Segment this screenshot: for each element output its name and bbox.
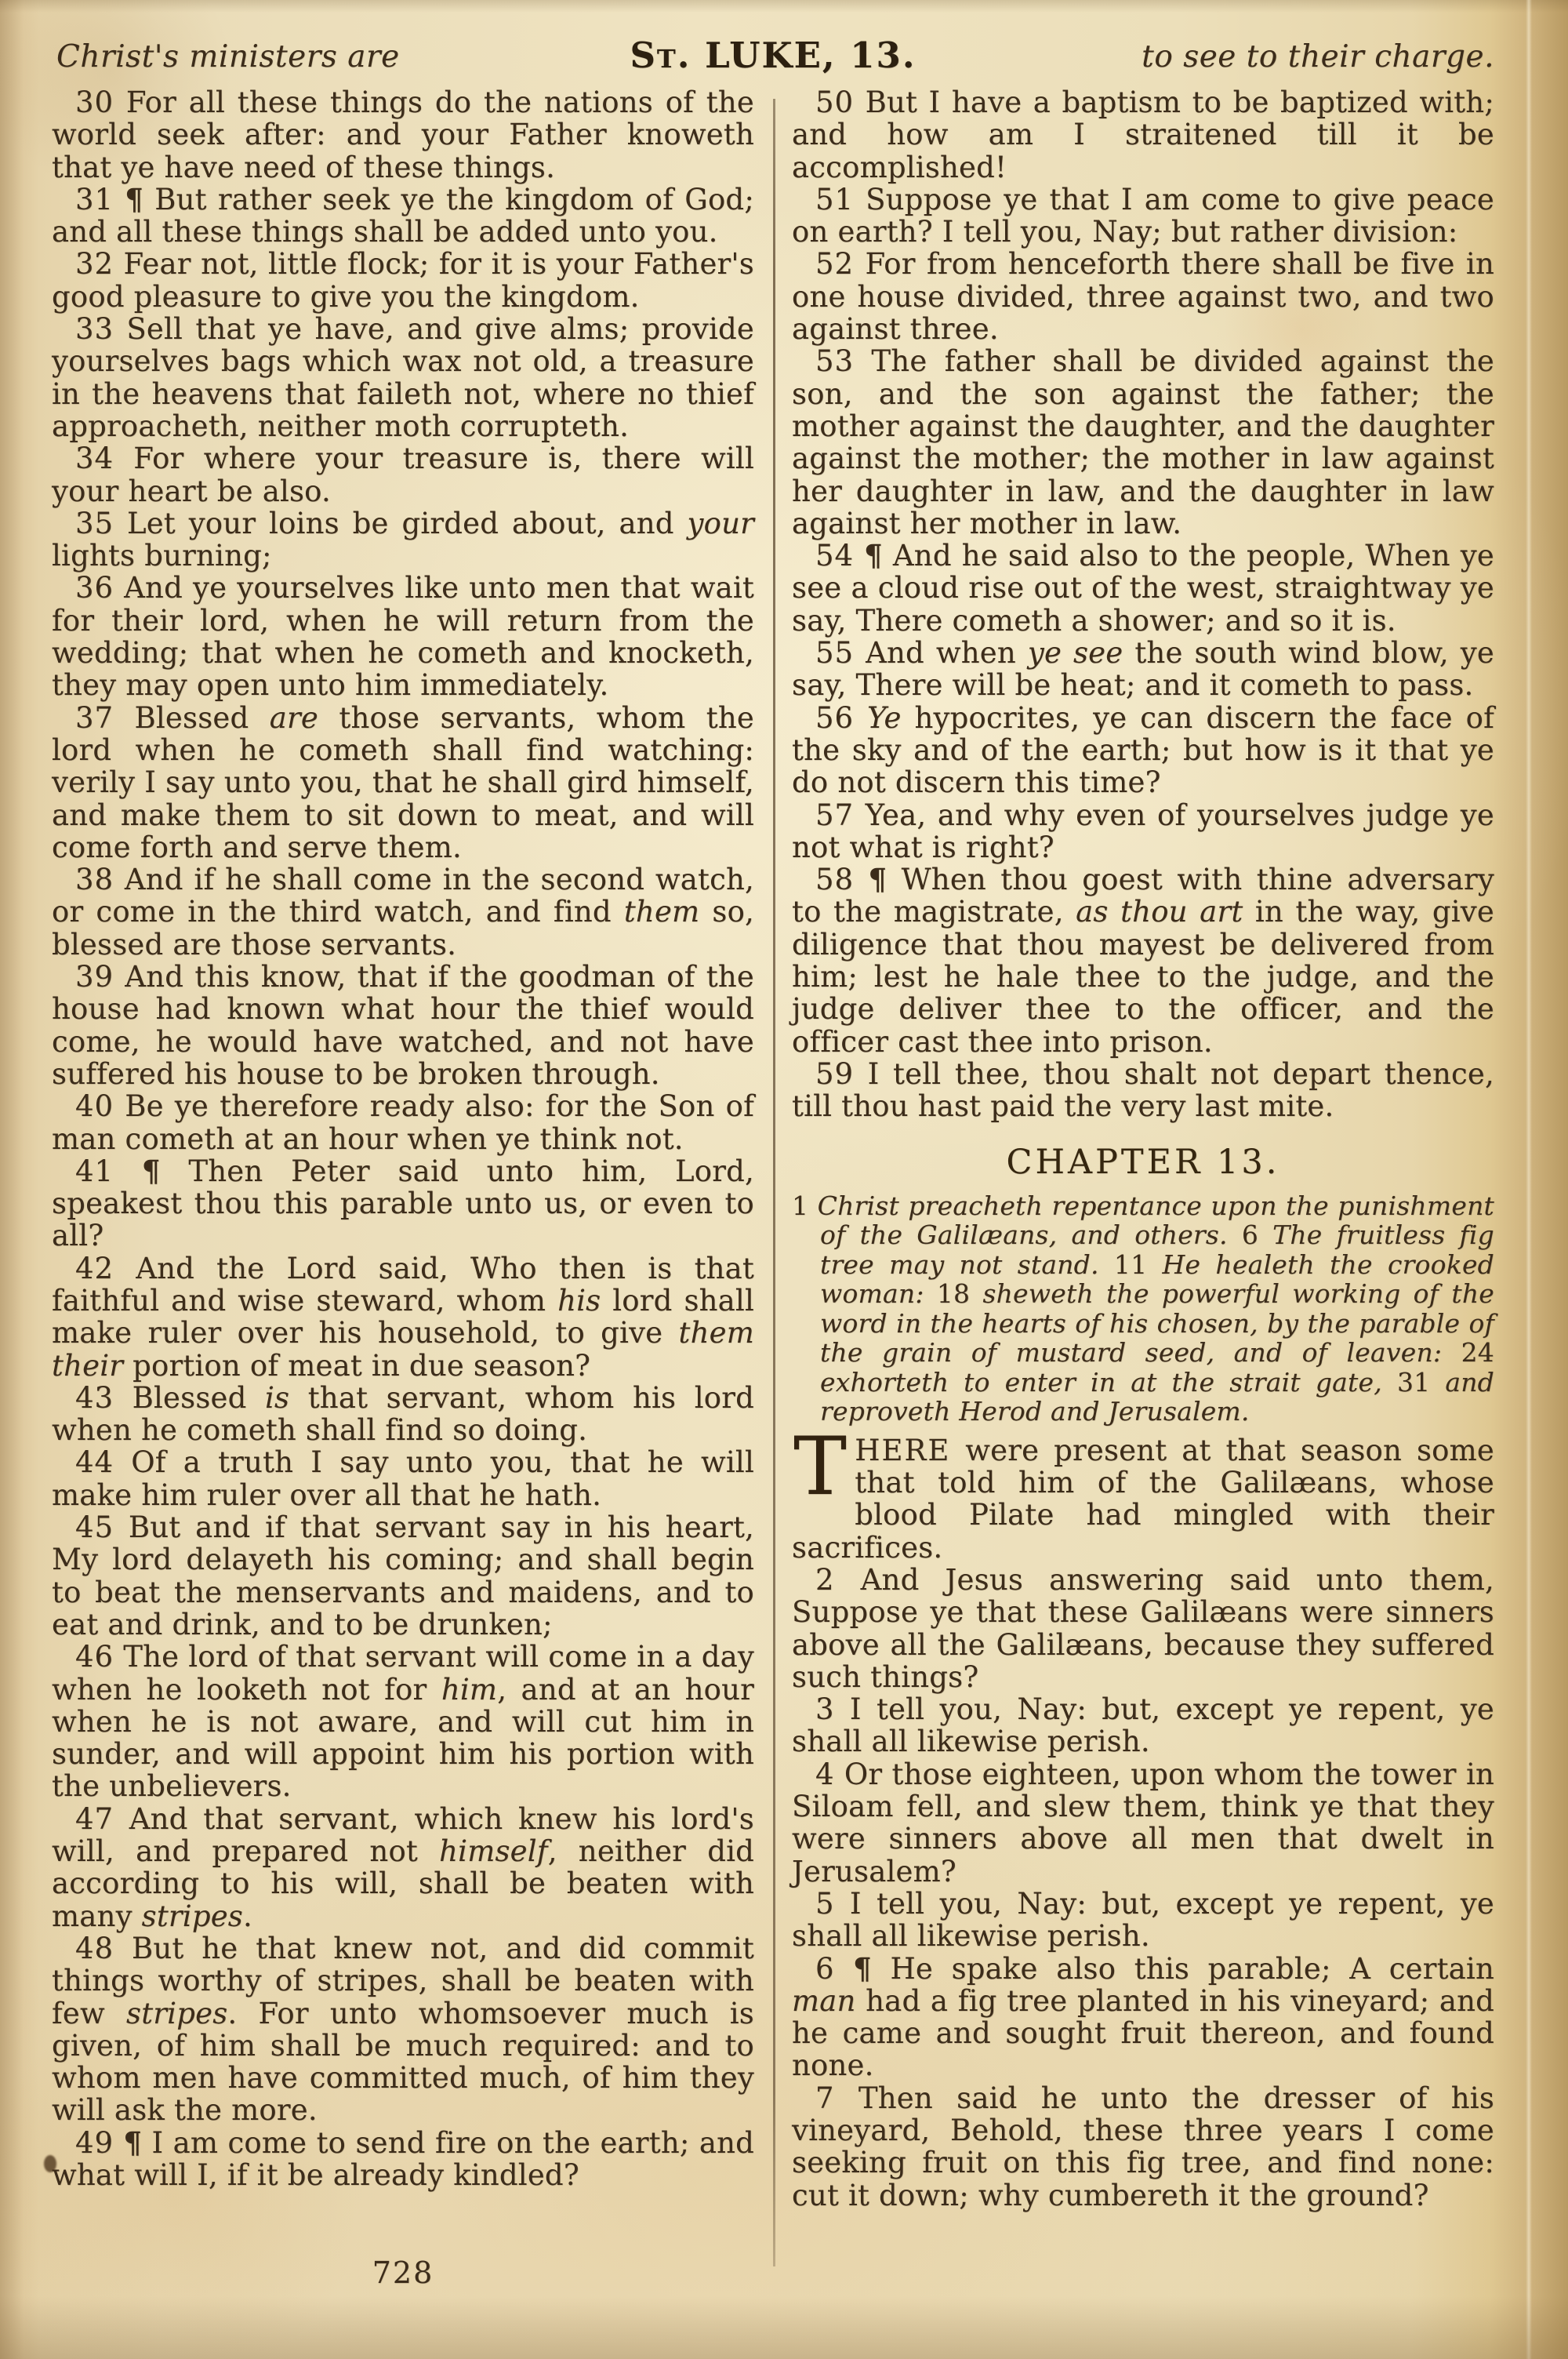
left-column: 30 For all these things do the nations o… — [52, 86, 754, 2191]
verse-number: 57 — [815, 798, 854, 832]
verse-35: 35 Let your loins be girded about, and y… — [52, 507, 754, 572]
verse-43: 43 Blessed is that servant, whom his lor… — [52, 1382, 754, 1447]
italic-supplied-word: stripes — [126, 1997, 227, 2030]
italic-supplied-word: his — [557, 1284, 601, 1318]
verse-number: 50 — [815, 85, 854, 119]
summary-verse-ref: 18 — [937, 1278, 970, 1309]
column-divider-rule — [773, 99, 775, 2266]
verse-50: 50 But I have a baptism to be baptized w… — [792, 86, 1494, 184]
summary-verse-ref: 6 — [1242, 1219, 1258, 1250]
verse-32: 32 Fear not, little flock; for it is you… — [52, 248, 754, 313]
verse-49: 49 ¶ I am come to send fire on the earth… — [52, 2127, 754, 2192]
verse-42: 42 And the Lord said, Who then is that f… — [52, 1252, 754, 1382]
italic-supplied-word: as thou art — [1076, 895, 1243, 929]
drop-cap-initial: T — [793, 1437, 847, 1499]
verse-52: 52 For from henceforth there shall be fi… — [792, 248, 1494, 345]
verse-number: 44 — [75, 1445, 114, 1479]
verse-number: 40 — [75, 1089, 114, 1123]
verse-51: 51 Suppose ye that I am come to give pea… — [792, 184, 1494, 249]
verse-number: 38 — [75, 863, 114, 896]
running-header: Christ's ministers are St. LUKE, 13. to … — [52, 31, 1494, 77]
bible-page-scan: Christ's ministers are St. LUKE, 13. to … — [0, 0, 1568, 2359]
drop-cap-smallcaps: HERE — [855, 1434, 950, 1467]
verse-59: 59 I tell thee, thou shalt not depart th… — [792, 1058, 1494, 1123]
summary-verse-ref: 11 — [1114, 1249, 1147, 1280]
verse-37: 37 Blessed are those servants, whom the … — [52, 702, 754, 863]
verse-number: 42 — [75, 1252, 114, 1285]
verse-2: 2 And Jesus answering said unto them, Su… — [792, 1564, 1494, 1693]
verse-number: 36 — [75, 571, 114, 605]
italic-supplied-word: man — [792, 1984, 856, 2018]
italic-supplied-word: are — [270, 701, 318, 735]
verse-7: 7 Then said he unto the dresser of his v… — [792, 2082, 1494, 2212]
verse-55: 55 And when ye see the south wind blow, … — [792, 637, 1494, 702]
verse-number: 43 — [75, 1381, 114, 1415]
verse-number: 37 — [75, 701, 114, 735]
verse-number: 41 — [75, 1154, 114, 1188]
verse-number: 7 — [815, 2081, 835, 2115]
verse-53: 53 The father shall be divided against t… — [792, 345, 1494, 540]
verse-38: 38 And if he shall come in the second wa… — [52, 863, 754, 961]
verse-number: 46 — [75, 1640, 114, 1674]
page-edge-crease — [1526, 0, 1532, 2359]
verse-3: 3 I tell you, Nay: but, except ye repent… — [792, 1693, 1494, 1758]
verse-33: 33 Sell that ye have, and give alms; pro… — [52, 313, 754, 442]
pilcrow-mark: ¶ — [142, 1154, 161, 1188]
running-header-right: to see to their charge. — [1142, 39, 1494, 75]
right-column: 50 But I have a baptism to be baptized w… — [792, 86, 1494, 2212]
verse-number: 53 — [815, 344, 854, 378]
verse-number: 48 — [75, 1932, 114, 1965]
verse-number: 30 — [75, 85, 114, 119]
verse-number: 45 — [75, 1510, 114, 1544]
verse-30: 30 For all these things do the nations o… — [52, 86, 754, 184]
summary-verse-ref: 31 — [1397, 1367, 1430, 1398]
verse-31: 31 ¶ But rather seek ye the kingdom of G… — [52, 184, 754, 249]
summary-verse-ref: 1 — [792, 1190, 808, 1221]
chapter-heading: CHAPTER 13. — [792, 1147, 1494, 1179]
verse-41: 41 ¶ Then Peter said unto him, Lord, spe… — [52, 1155, 754, 1252]
verse-number: 34 — [75, 442, 114, 475]
verse-number: 54 — [815, 539, 854, 572]
italic-supplied-word: ye see — [1028, 636, 1123, 670]
verse-47: 47 And that servant, which knew his lord… — [52, 1803, 754, 1932]
verse-number: 47 — [75, 1802, 114, 1836]
page-number: 728 — [52, 2255, 754, 2290]
verse-58: 58 ¶ When thou goest with thine adversar… — [792, 863, 1494, 1058]
verse-5: 5 I tell you, Nay: but, except ye repent… — [792, 1888, 1494, 1953]
verse-number: 31 — [75, 183, 114, 216]
verse-6: 6 ¶ He spake also this parable; A certai… — [792, 1953, 1494, 2082]
summary-verse-ref: 24 — [1461, 1337, 1494, 1368]
verse-number: 59 — [815, 1057, 854, 1091]
italic-supplied-word: Ye — [867, 701, 902, 735]
verse-46: 46 The lord of that servant will come in… — [52, 1641, 754, 1802]
pilcrow-mark: ¶ — [125, 182, 143, 216]
verse-48: 48 But he that knew not, and did commit … — [52, 1932, 754, 2127]
verse-56: 56 Ye hypocrites, ye can discern the fac… — [792, 702, 1494, 799]
verse-57: 57 Yea, and why even of yourselves judge… — [792, 799, 1494, 864]
verse-40: 40 Be ye therefore ready also: for the S… — [52, 1090, 754, 1155]
verse-54: 54 ¶ And he said also to the people, Whe… — [792, 540, 1494, 637]
verse-number: 6 — [815, 1952, 835, 1986]
verse-number: 5 — [815, 1887, 835, 1921]
verse-39: 39 And this know, that if the goodman of… — [52, 961, 754, 1090]
page-left-edge-shadow — [0, 0, 24, 2359]
italic-supplied-word: him — [441, 1673, 497, 1707]
ink-blot — [44, 2155, 56, 2172]
verse-number: 51 — [815, 183, 854, 216]
verse-44: 44 Of a truth I say unto you, that he wi… — [52, 1446, 754, 1511]
verse-number: 33 — [75, 312, 114, 346]
verse-4: 4 Or those eighteen, upon whom the tower… — [792, 1758, 1494, 1888]
verse-34: 34 For where your treasure is, there wil… — [52, 442, 754, 507]
verse-number: 49 — [75, 2126, 114, 2160]
verse-number: 56 — [815, 701, 854, 735]
verse-number: 32 — [75, 247, 114, 281]
italic-supplied-word: your — [688, 507, 755, 540]
italic-supplied-word: himself — [439, 1834, 548, 1868]
verse-number: 58 — [815, 863, 854, 896]
verse-number: 2 — [815, 1563, 835, 1597]
verse-1-dropcap: THERE were present at that season some t… — [792, 1434, 1494, 1564]
chapter-summary: 1 Christ preacheth repentance upon the p… — [792, 1191, 1494, 1427]
verse-number: 3 — [815, 1692, 835, 1726]
italic-supplied-word: them — [624, 895, 699, 929]
verse-number: 39 — [75, 960, 114, 994]
verse-number: 4 — [815, 1757, 835, 1791]
pilcrow-mark: ¶ — [123, 2125, 142, 2160]
pilcrow-mark: ¶ — [853, 1951, 872, 1986]
verse-36: 36 And ye yourselves like unto men that … — [52, 572, 754, 701]
pilcrow-mark: ¶ — [868, 862, 887, 896]
pilcrow-mark: ¶ — [864, 538, 883, 572]
italic-supplied-word: them their — [52, 1316, 754, 1382]
italic-supplied-word: stripes — [142, 1899, 243, 1933]
verse-number: 55 — [815, 636, 854, 670]
verse-number: 52 — [815, 247, 854, 281]
verse-45: 45 But and if that servant say in his he… — [52, 1511, 754, 1641]
verse-number: 35 — [75, 507, 114, 540]
page-bottom-edge-shadow — [0, 2296, 1568, 2359]
italic-supplied-word: is — [265, 1381, 289, 1415]
